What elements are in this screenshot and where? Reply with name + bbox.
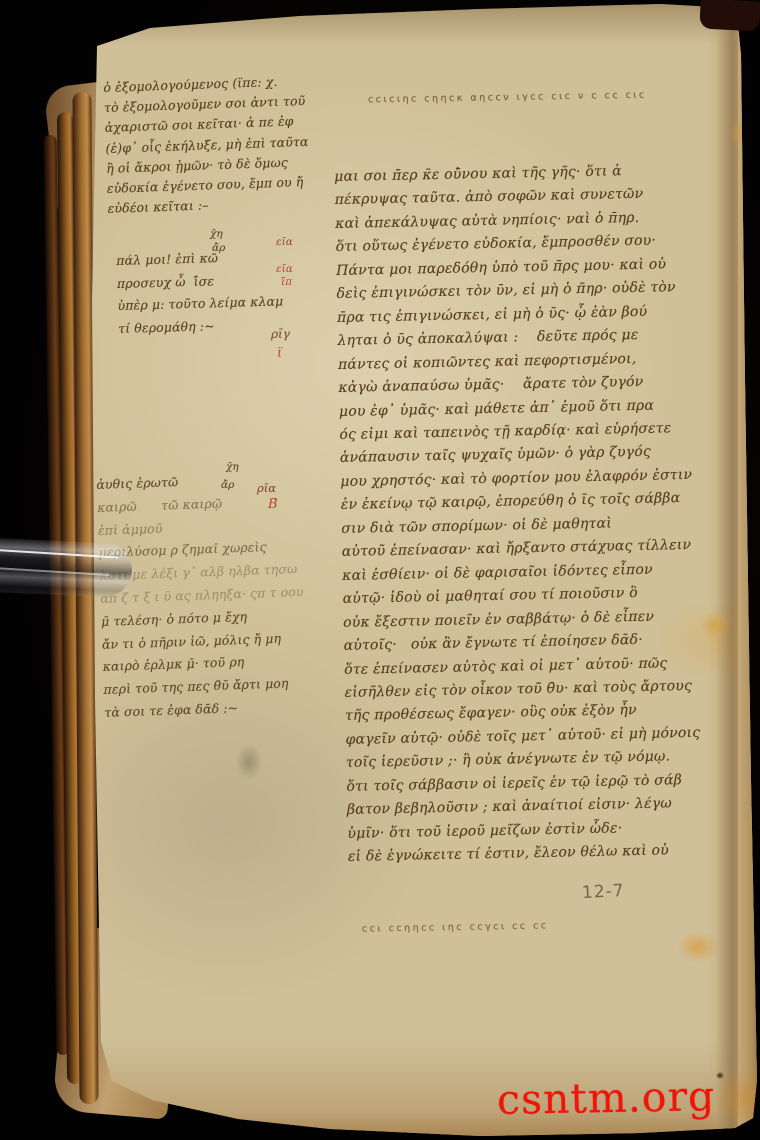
- glass-rod: [0, 538, 133, 598]
- canon-number-rig: ρῑγ: [271, 327, 290, 341]
- canon-number-chi-eta-1: χ̄η: [210, 228, 223, 240]
- margin-note-block-3: ἀυθις ἑρωτῶκαιρῶ τῶ καιρῷἐπὶ ἀμμοῦμεριλύ…: [96, 466, 345, 725]
- rubric-iota-mark: ϊ: [277, 346, 282, 361]
- folio-number: 12-7: [582, 881, 626, 903]
- watermark: csntm.org: [497, 1072, 716, 1124]
- margin-note-block-1: ὁ ἐξομολογούμενος (ϊπε: χ.τὸ ἐξομολογοῦμ…: [103, 70, 343, 220]
- photo-background: ϲϲιϲιηϲ ϲηηϲκ αηϲϲν ιγϲϲ ϲιϲ ν ϲ ϲϲ ϲιϲ …: [0, 0, 760, 1140]
- main-text-block: μαι σοι π̄ερ κ̄ε οὐ̄νου καὶ τῆς γῆς· ὅτι…: [334, 158, 760, 870]
- top-right-binding-cloth: [699, 0, 760, 32]
- stain-orange-bottom: [676, 930, 720, 964]
- margin-note-block-2: πάλ μοι! ἐπὶ κῶπροσευχ ὦ ἰ̄σεὑπὲρ μ: τοῦ…: [116, 244, 338, 340]
- glass-rod-highlight-top: [0, 549, 119, 559]
- dark-speck-bottom: [716, 1072, 724, 1079]
- ink-smudge-left: [236, 744, 262, 780]
- glass-rod-highlight-bottom: [0, 567, 110, 576]
- stain-top-right-edge: [728, 120, 750, 146]
